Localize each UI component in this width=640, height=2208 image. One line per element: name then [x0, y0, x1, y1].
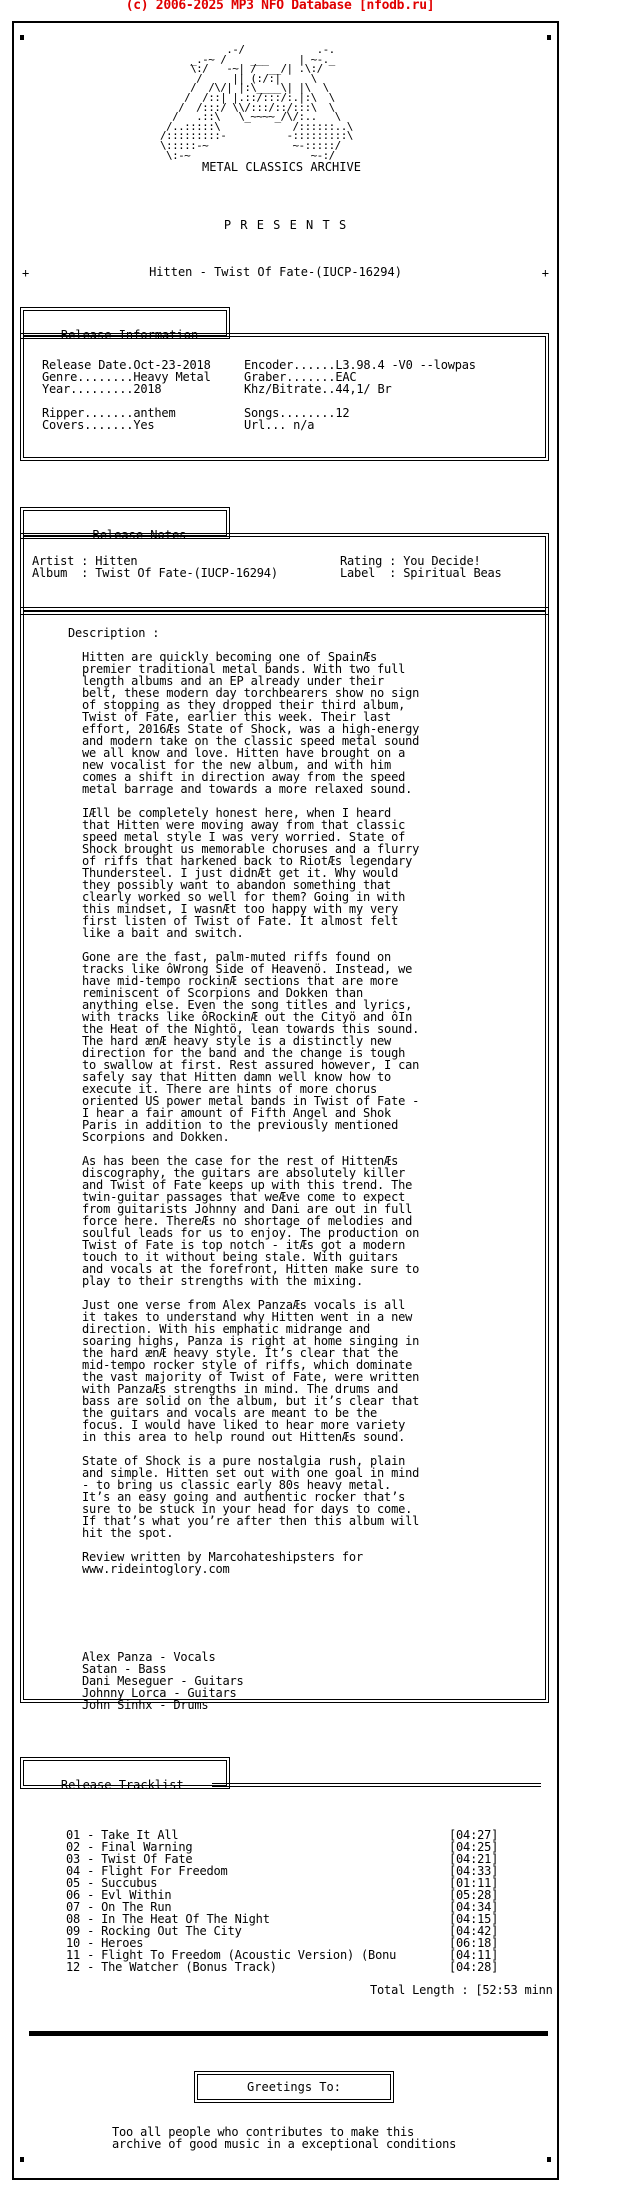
track-length: [04:28]: [449, 1961, 498, 1973]
tracklist-divider: [212, 1783, 541, 1787]
corner-dot-bottom-right: [547, 2157, 551, 2162]
tracklist-tab: Release Tracklist: [20, 1757, 230, 1789]
greetings-text: Too all people who contributes to make t…: [112, 2126, 456, 2150]
greetings-box: Greetings To:: [194, 2071, 394, 2103]
ascii-logo-title: METAL CLASSICS ARCHIVE: [10, 161, 553, 173]
greetings-label: Greetings To:: [247, 2081, 341, 2093]
release-info-left: Release Date.Oct-23-2018 Genre........He…: [42, 359, 211, 431]
description-box: Description : Hitten are quickly becomin…: [20, 607, 549, 1703]
tracklist: 01 - Take It All[04:27]02 - Final Warnin…: [66, 1829, 506, 1973]
plus-marker-right: +: [542, 267, 549, 279]
release-notes-meta-box: Artist : Hitten Album : Twist Of Fate-(I…: [20, 533, 549, 615]
tracklist-tab-label: Release Tracklist: [61, 1778, 184, 1792]
release-notes-meta-left: Artist : Hitten Album : Twist Of Fate-(I…: [32, 555, 278, 579]
ascii-logo: .-/ .-. _.-~ / ___ | ~-._ \:/ -~| / __/|…: [154, 45, 353, 160]
section-separator-bar: [29, 2031, 548, 2036]
track-row: 12 - The Watcher (Bonus Track)[04:28]: [66, 1961, 506, 1973]
corner-dot-top-right: [547, 35, 551, 40]
description-label: Description :: [68, 627, 159, 639]
release-notes-meta-right: Rating : You Decide! Label : Spiritual B…: [340, 555, 502, 579]
track-title: 12 - The Watcher (Bonus Track): [66, 1960, 277, 1974]
release-title: Hitten - Twist Of Fate-(IUCP-16294): [4, 266, 547, 278]
release-info-box: Release Date.Oct-23-2018 Genre........He…: [20, 333, 549, 461]
release-info-right: Encoder......L3.98.4 -V0 --lowpas Graber…: [244, 359, 476, 431]
corner-dot-top-left: [20, 35, 24, 40]
lineup-text: Alex Panza - Vocals Satan - Bass Dani Me…: [82, 1651, 244, 1711]
corner-dot-bottom-left: [20, 2157, 24, 2162]
presents-heading: P R E S E N T S: [14, 219, 557, 231]
copyright-banner: (c) 2006-2025 MP3 NFO Database [nfodb.ru…: [0, 0, 560, 12]
total-length: Total Length : [52:53 minn: [370, 1984, 553, 1996]
description-text: Hitten are quickly becoming one of Spain…: [82, 651, 419, 1575]
nfo-frame: .-/ .-. _.-~ / ___ | ~-._ \:/ -~| / __/|…: [12, 21, 559, 2180]
